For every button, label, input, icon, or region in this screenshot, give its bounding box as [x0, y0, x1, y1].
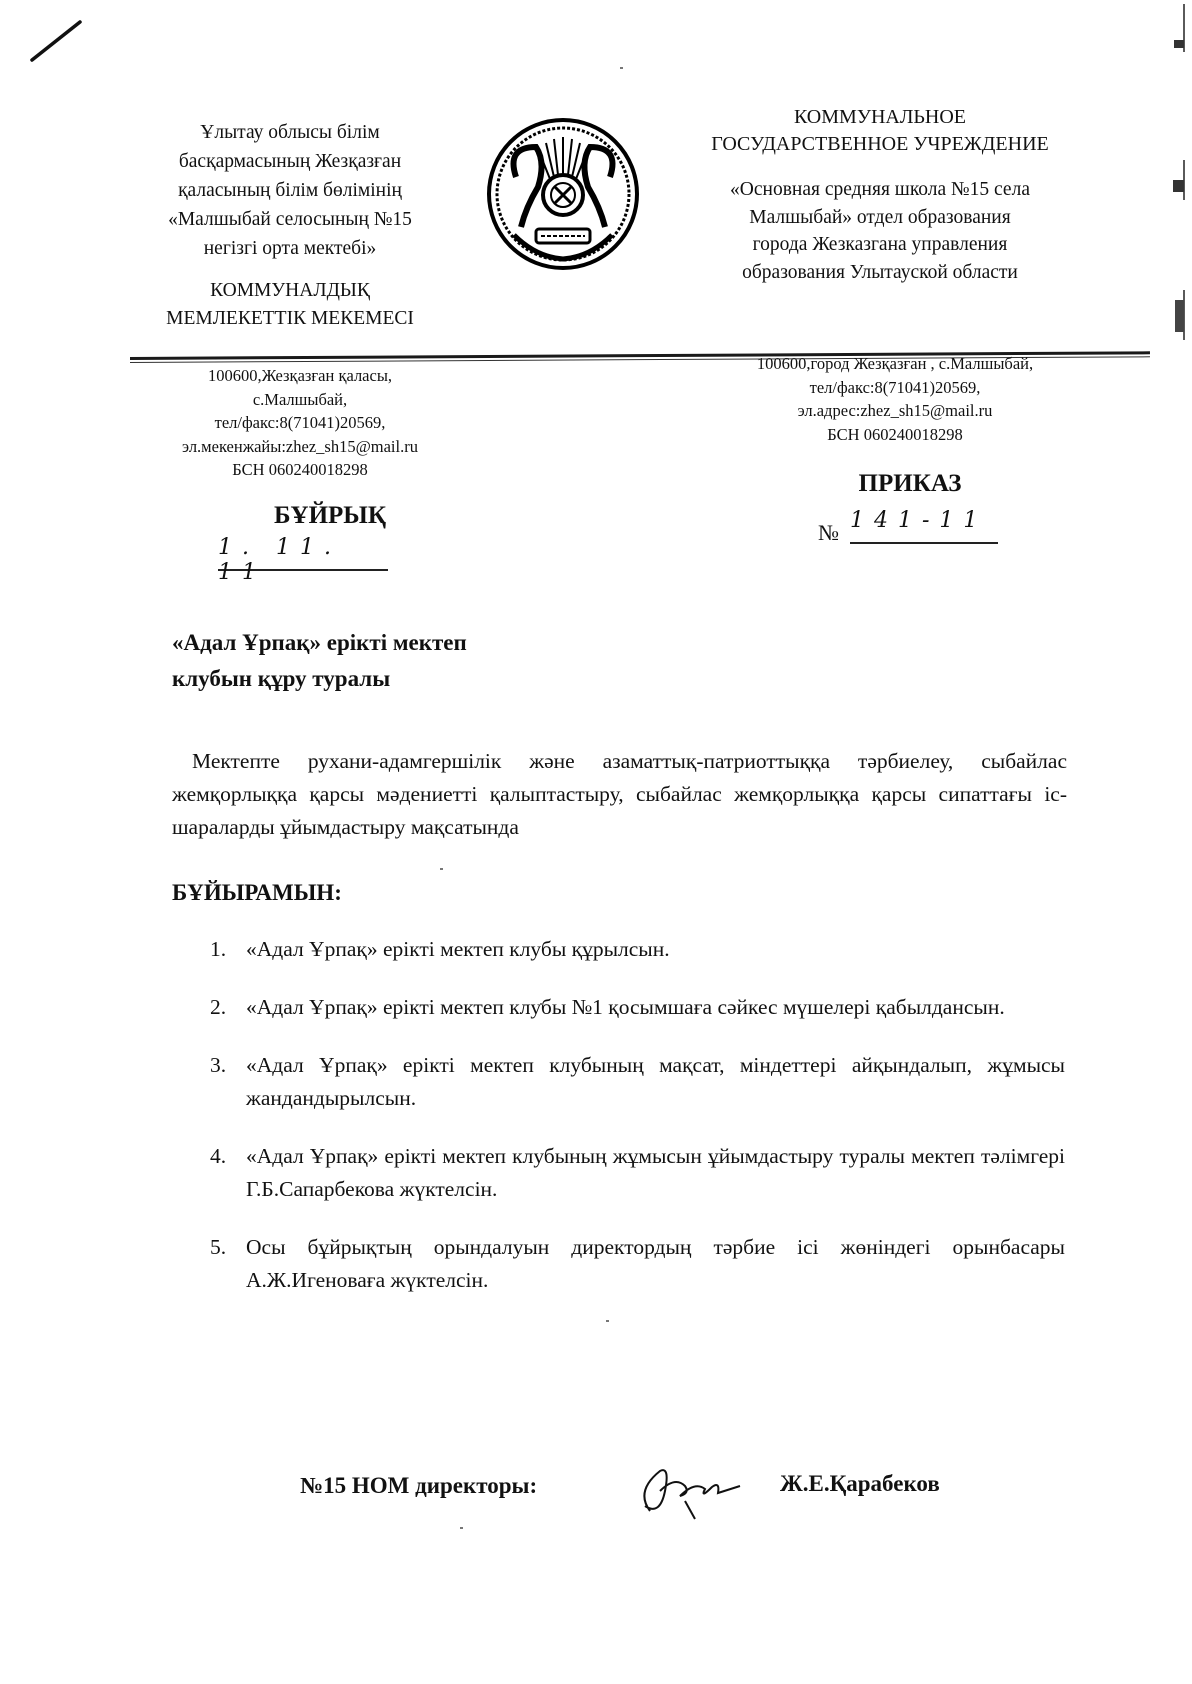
number-label: № — [818, 520, 839, 546]
signature-block: №15 НОМ директоры: Ж.Е.Қарабеков — [300, 1461, 1020, 1521]
item-text: «Адал Ұрпақ» ерікті мектеп клубы құрылсы… — [246, 933, 1065, 966]
org-type-line: КОММУНАЛДЫҚ — [140, 277, 440, 305]
address-line: БСН 060240018298 — [140, 458, 460, 482]
org-name-line: города Жезказгана управления — [660, 231, 1100, 259]
org-type-line: ГОСУДАРСТВЕННОЕ УЧРЕЖДЕНИЕ — [660, 131, 1100, 158]
address-line: 100600,Жезқазған қаласы, — [140, 364, 460, 388]
scan-speck — [606, 1320, 609, 1322]
org-name-line: образования Улытауской области — [660, 259, 1100, 287]
address-line: эл.мекенжайы:zhez_sh15@mail.ru — [140, 435, 460, 459]
kazakhstan-state-emblem-icon — [486, 117, 640, 271]
item-text: «Адал Ұрпақ» ерікті мектеп клубының мақс… — [246, 1049, 1065, 1115]
pen-stroke-mark-icon — [30, 18, 90, 68]
preamble-paragraph: Мектепте рухани-адамгершілік және азамат… — [172, 745, 1067, 844]
handwritten-number: 141-11 — [850, 508, 987, 533]
order-items-list: 1. «Адал Ұрпақ» ерікті мектеп клубы құры… — [210, 933, 1065, 1322]
address-line: БСН 060240018298 — [700, 423, 1090, 447]
org-name-line: негізгі орта мектебі» — [140, 234, 440, 263]
handwritten-date: 1. 11. 11 — [218, 535, 341, 585]
preamble-text: Мектепте рухани-адамгершілік және азамат… — [172, 749, 1067, 839]
doc-type-russian: ПРИКАЗ — [760, 470, 1060, 498]
order-subject: «Адал Ұрпақ» ерікті мектеп клубын құру т… — [172, 625, 692, 697]
address-line: 100600,город Жезқазған , с.Малшыбай, — [700, 352, 1090, 376]
org-type-line: КОММУНАЛЬНОЕ — [660, 104, 1100, 131]
org-name-line: Ұлытау облысы білім — [140, 118, 440, 147]
org-name-line: Малшыбай» отдел образования — [660, 204, 1100, 232]
scan-speck — [540, 1003, 543, 1005]
scan-speck — [440, 868, 443, 870]
signatory-role: №15 НОМ директоры: — [300, 1473, 537, 1499]
address-line: тел/факс:8(71041)20569, — [140, 411, 460, 435]
address-line: эл.адрес:zhez_sh15@mail.ru — [700, 399, 1090, 423]
address-line: с.Малшыбай, — [140, 388, 460, 412]
scan-speck — [620, 67, 623, 69]
org-name-line: қаласының білім бөлімінің — [140, 176, 440, 205]
scan-edge-artifacts-icon — [1160, 0, 1190, 400]
org-type-line: МЕМЛЕКЕТТІК МЕКЕМЕСІ — [140, 305, 440, 333]
handwritten-signature-icon — [630, 1461, 750, 1521]
scan-speck — [460, 1527, 463, 1529]
list-item: 5. Осы бұйрықтың орындалуын директордың … — [210, 1231, 1065, 1297]
subject-line: клубын құру туралы — [172, 661, 692, 697]
list-item: 3. «Адал Ұрпақ» ерікті мектеп клубының м… — [210, 1049, 1065, 1115]
date-field: 1. 11. 11 — [218, 535, 388, 571]
doc-type-kazakh: БҰЙРЫҚ — [200, 502, 460, 530]
item-number: 5. — [210, 1231, 246, 1297]
address-right: 100600,город Жезқазған , с.Малшыбай, тел… — [700, 352, 1090, 446]
list-item: 4. «Адал Ұрпақ» ерікті мектеп клубының ж… — [210, 1140, 1065, 1206]
org-name-line: «Малшыбай селосының №15 — [140, 205, 440, 234]
address-line: тел/факс:8(71041)20569, — [700, 376, 1090, 400]
item-number: 2. — [210, 991, 246, 1024]
list-item: 1. «Адал Ұрпақ» ерікті мектеп клубы құры… — [210, 933, 1065, 966]
list-item: 2. «Адал Ұрпақ» ерікті мектеп клубы №1 қ… — [210, 991, 1065, 1024]
subject-line: «Адал Ұрпақ» ерікті мектеп — [172, 625, 692, 661]
item-number: 1. — [210, 933, 246, 966]
item-text: «Адал Ұрпақ» ерікті мектеп клубы №1 қосы… — [246, 991, 1065, 1024]
org-name-line: «Основная средняя школа №15 села — [660, 176, 1100, 204]
header-right-russian: КОММУНАЛЬНОЕ ГОСУДАРСТВЕННОЕ УЧРЕЖДЕНИЕ … — [660, 104, 1100, 286]
header-left-kazakh: Ұлытау облысы білім басқармасының Жезқаз… — [140, 118, 440, 333]
item-number: 3. — [210, 1049, 246, 1115]
item-text: «Адал Ұрпақ» ерікті мектеп клубының жұмы… — [246, 1140, 1065, 1206]
order-heading: БҰЙЫРАМЫН: — [172, 880, 342, 906]
signatory-name: Ж.Е.Қарабеков — [780, 1471, 940, 1497]
item-number: 4. — [210, 1140, 246, 1206]
item-text: Осы бұйрықтың орындалуын директордың тәр… — [246, 1231, 1065, 1297]
number-field: 141-11 — [850, 508, 998, 544]
org-name-line: басқармасының Жезқазған — [140, 147, 440, 176]
address-left: 100600,Жезқазған қаласы, с.Малшыбай, тел… — [140, 364, 460, 482]
